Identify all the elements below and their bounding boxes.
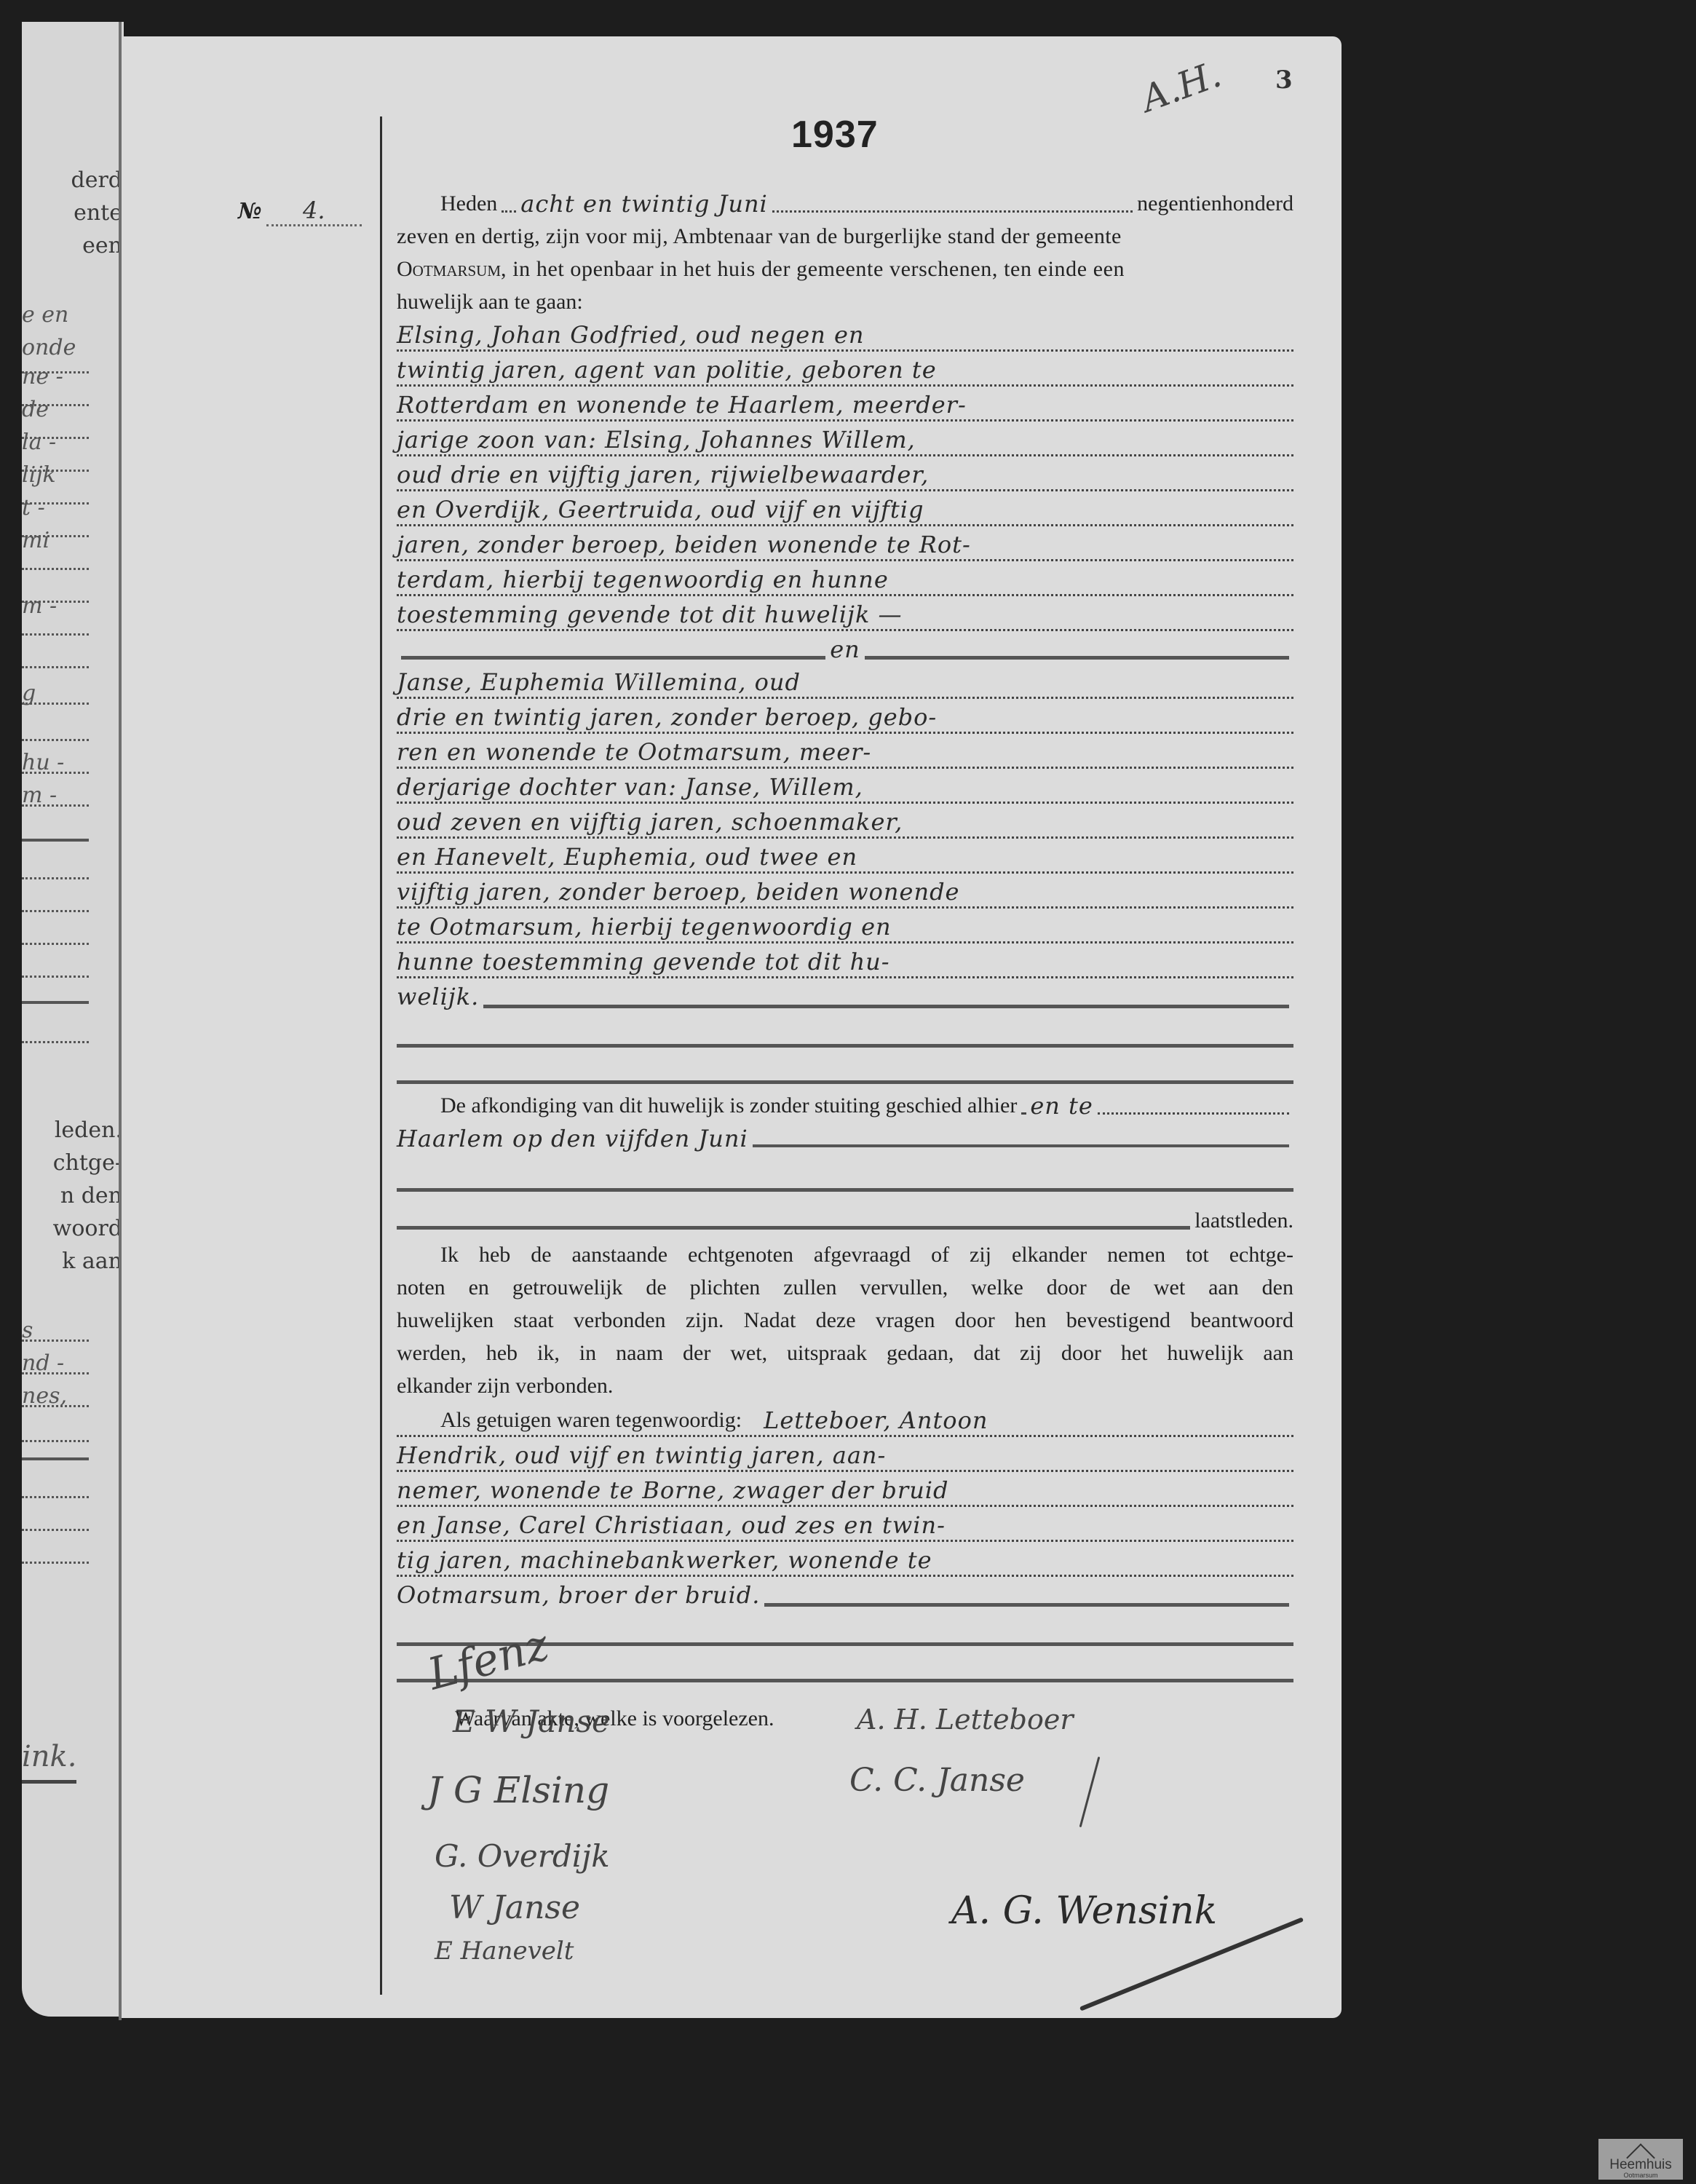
groom-line: jarige zoon van: Elsing, Johannes Willem…: [397, 422, 1293, 456]
groom-text: oud drie en vijftig jaren, rijwielbewaar…: [397, 460, 929, 489]
intro-line-1: Heden acht en twintig Juni negentienhond…: [397, 186, 1293, 218]
bride-text: te Ootmarsum, hierbij tegenwoordig en: [397, 912, 892, 941]
signature-bride: E W Janse: [453, 1704, 610, 1739]
groom-line: terdam, hierbij tegenwoordig en hunne: [397, 561, 1293, 596]
witness-text: Hendrik, oud vijf en twintig jaren, aan-: [397, 1441, 886, 1470]
intro-line-2: zeven en dertig, zijn voor mij, Ambtenaa…: [397, 218, 1293, 251]
conjunction-line: en: [397, 631, 1293, 664]
left-fragment: woord: [53, 1216, 122, 1241]
groom-line: jaren, zonder beroep, beiden wonende te …: [397, 526, 1293, 561]
declaration-paragraph: Ik heb de aanstaande echtgenoten afgevra…: [397, 1238, 1293, 1402]
left-dotted-line: [22, 910, 89, 912]
conjunction-en: en: [830, 635, 860, 664]
intro-line-4: huwelijk aan te gaan:: [397, 284, 1293, 317]
proclamation-written: Haarlem op den vijfden Juni: [397, 1124, 748, 1153]
left-script-fragment: la -: [22, 430, 56, 455]
act-number: № 4.: [238, 197, 362, 226]
blank-filled-line: [397, 1153, 1293, 1192]
left-fragment: derd: [71, 167, 122, 193]
bride-line: en Hanevelt, Euphemia, oud twee en: [397, 839, 1293, 874]
dotted-fill: [502, 210, 516, 213]
act-number-label: №: [238, 199, 262, 224]
left-fragment: een: [82, 233, 122, 258]
witness-line: nemer, wonende te Borne, zwager der brui…: [397, 1472, 1293, 1507]
left-fragment: leden.: [55, 1117, 122, 1143]
witness-line: Ootmarsum, broer der bruid.: [397, 1577, 1293, 1610]
declaration-line: Ik heb de aanstaande echtgenoten afgevra…: [397, 1238, 1293, 1271]
proclamation-text: De afkondiging van dit huwelijk is zonde…: [440, 1091, 1017, 1120]
bride-text: hunne toestemming gevende tot dit hu-: [397, 947, 890, 976]
left-fragment: ente: [74, 200, 122, 226]
left-script-fragment: hu -: [22, 750, 64, 775]
register-year: 1937: [791, 113, 879, 157]
witness-line: Hendrik, oud vijf en twintig jaren, aan-: [397, 1437, 1293, 1472]
bride-text: welijk.: [397, 982, 479, 1011]
left-dotted-line: [22, 877, 89, 879]
left-solid-line: [22, 839, 89, 842]
signature-flourish: [1079, 1757, 1101, 1827]
left-page-sliver: derd ente een e en onde ne - de la - lij…: [22, 22, 124, 2017]
witness-text: Ootmarsum, broer der bruid.: [397, 1580, 760, 1610]
left-script-fragment: de: [22, 397, 49, 422]
declaration-line: elkander zijn verbonden.: [397, 1369, 1293, 1402]
declaration-line: werden, heb ik, in naam der wet, uitspra…: [397, 1337, 1293, 1369]
left-dotted-line: [22, 739, 89, 741]
intro-text: zeven en dertig, zijn voor mij, Ambtenaa…: [397, 222, 1122, 251]
groom-line: oud drie en vijftig jaren, rijwielbewaar…: [397, 456, 1293, 491]
date-written: acht en twintig Juni: [520, 189, 767, 218]
after-date-text: negentienhonderd: [1137, 189, 1293, 218]
left-script-fragment: e en: [22, 302, 68, 328]
proclamation-written: en te: [1030, 1091, 1093, 1120]
proclamation-line-1: De afkondiging van dit huwelijk is zonde…: [397, 1084, 1293, 1120]
left-script-fragment: nd -: [22, 1350, 64, 1376]
bride-text: vijftig jaren, zonder beroep, beiden won…: [397, 877, 959, 906]
declaration-line: noten en getrouwelijk de plichten zullen…: [397, 1271, 1293, 1304]
register-page: 3 A.H. 1937 № 4. Heden acht en twintig J…: [122, 36, 1342, 2018]
bride-line: oud zeven en vijftig jaren, schoenmaker,: [397, 804, 1293, 839]
left-script-fragment: m -: [22, 593, 57, 619]
dotted-fill: [1021, 1112, 1026, 1115]
left-solid-line: [22, 1001, 89, 1004]
left-script-fragment: m -: [22, 783, 57, 808]
bride-line: te Ootmarsum, hierbij tegenwoordig en: [397, 909, 1293, 943]
groom-line: toestemming gevende tot dit huwelijk —: [397, 596, 1293, 631]
witness-line: en Janse, Carel Christiaan, oud zes en t…: [397, 1507, 1293, 1542]
dotted-fill: [772, 210, 1133, 213]
bride-text: Janse, Euphemia Willemina, oud: [397, 668, 801, 697]
left-dotted-line: [22, 1562, 89, 1564]
left-signature-stroke: [22, 1780, 76, 1784]
intro-text: , in het openbaar in het huis der gemeen…: [501, 255, 1125, 284]
blank-filled-line: [397, 1048, 1293, 1084]
left-script-fragment: onde: [22, 335, 76, 360]
watermark-subtitle: Ootmarsum: [1623, 2172, 1657, 2179]
groom-text: Rotterdam en wonende te Haarlem, meerder…: [397, 390, 967, 419]
witness-text: tig jaren, machinebankwerker, wonende te: [397, 1546, 932, 1575]
bride-line: drie en twintig jaren, zonder beroep, ge…: [397, 699, 1293, 734]
groom-text: twintig jaren, agent van politie, gebore…: [397, 355, 937, 384]
groom-line: twintig jaren, agent van politie, gebore…: [397, 352, 1293, 387]
left-fragment: n den: [60, 1183, 122, 1208]
bride-line: Janse, Euphemia Willemina, oud: [397, 664, 1293, 699]
bride-line: ren en wonende te Ootmarsum, meer-: [397, 734, 1293, 769]
left-solid-line: [22, 1457, 89, 1460]
dotted-fill: [1098, 1112, 1289, 1115]
left-dotted-line: [22, 976, 89, 978]
bride-line: derjarige dochter van: Janse, Willem,: [397, 769, 1293, 804]
bride-text: ren en wonende te Ootmarsum, meer-: [397, 737, 871, 767]
proclamation-line-4: laatstleden.: [397, 1192, 1293, 1235]
signature-groom-mother: G. Overdijk: [435, 1838, 610, 1874]
left-dotted-line: [22, 943, 89, 945]
proclamation-line-2: Haarlem op den vijfden Juni: [397, 1120, 1293, 1153]
bride-text: drie en twintig jaren, zonder beroep, ge…: [397, 703, 937, 732]
closing-stroke: [753, 1144, 1289, 1147]
left-dotted-line: [22, 1496, 89, 1498]
witness-text: Letteboer, Antoon: [764, 1406, 988, 1435]
municipality-name: Ootmarsum: [397, 255, 501, 284]
left-dotted-line: [22, 1041, 89, 1043]
signature-registrar: A. G. Wensink: [951, 1889, 1217, 1933]
left-script-fragment: g: [22, 681, 36, 706]
blank-filled-line: [397, 1011, 1293, 1048]
closing-stroke: [483, 1005, 1289, 1008]
signature-bride-father: W Janse: [449, 1889, 580, 1926]
act-number-value: 4.: [266, 197, 362, 226]
groom-text: en Overdijk, Geertruida, oud vijf en vij…: [397, 495, 924, 524]
margin-rule: [380, 116, 382, 1995]
left-script-fragment: ink.: [22, 1740, 77, 1773]
left-script-fragment: nes,: [22, 1383, 67, 1409]
official-initials: A.H.: [1136, 53, 1227, 121]
groom-text: jarige zoon van: Elsing, Johannes Willem…: [397, 425, 916, 454]
left-script-fragment: ne -: [22, 364, 63, 389]
left-fragment: k aan: [62, 1249, 122, 1274]
page-number: 3: [1275, 66, 1293, 95]
archive-watermark: Heemhuis Ootmarsum: [1598, 2139, 1683, 2180]
signature-witness-janse: C. C. Janse: [849, 1762, 1025, 1799]
groom-line: en Overdijk, Geertruida, oud vijf en vij…: [397, 491, 1293, 526]
closing-stroke: [397, 1226, 1190, 1230]
witness-text: nemer, wonende te Borne, zwager der brui…: [397, 1476, 949, 1505]
bride-text: oud zeven en vijftig jaren, schoenmaker,: [397, 807, 903, 836]
signature-groom: J G Elsing: [427, 1769, 609, 1811]
laatstleden-label: laatstleden.: [1194, 1206, 1293, 1235]
left-script-fragment: s: [22, 1318, 33, 1343]
groom-line: Elsing, Johan Godfried, oud negen en: [397, 317, 1293, 352]
bride-line: vijftig jaren, zonder beroep, beiden won…: [397, 874, 1293, 909]
groom-text: Elsing, Johan Godfried, oud negen en: [397, 320, 865, 349]
left-script-fragment: lijk: [22, 462, 56, 488]
witness-line: tig jaren, machinebankwerker, wonende te: [397, 1542, 1293, 1577]
bride-line: welijk.: [397, 978, 1293, 1011]
left-dotted-line: [22, 1440, 89, 1442]
groom-text: jaren, zonder beroep, beiden wonende te …: [397, 530, 971, 559]
groom-line: Rotterdam en wonende te Haarlem, meerder…: [397, 387, 1293, 422]
signature-bride-mother: E Hanevelt: [435, 1936, 574, 1966]
left-dotted-line: [22, 1529, 89, 1531]
intro-text: huwelijk aan te gaan:: [397, 288, 583, 317]
groom-text: toestemming gevende tot dit huwelijk —: [397, 600, 903, 629]
bride-text: en Hanevelt, Euphemia, oud twee en: [397, 842, 857, 871]
left-script-fragment: mi: [22, 528, 49, 553]
certificate-body: Heden acht en twintig Juni negentienhond…: [397, 186, 1293, 1733]
witness-text: en Janse, Carel Christiaan, oud zes en t…: [397, 1511, 946, 1540]
bride-text: derjarige dochter van: Janse, Willem,: [397, 772, 863, 802]
separator-stroke: [401, 656, 825, 660]
left-dotted-line: [22, 666, 89, 668]
declaration-line: huwelijken staat verbonden zijn. Nadat d…: [397, 1304, 1293, 1337]
witnesses-label: Als getuigen waren tegenwoordig:: [440, 1406, 742, 1435]
left-dotted-line: [22, 568, 89, 570]
groom-text: terdam, hierbij tegenwoordig en hunne: [397, 565, 889, 594]
left-dotted-line: [22, 633, 89, 636]
left-script-fragment: t -: [22, 495, 45, 521]
closing-stroke: [764, 1603, 1289, 1607]
witness-line-1: Als getuigen waren tegenwoordig: Lettebo…: [397, 1402, 1293, 1437]
intro-line-3: Ootmarsum , in het openbaar in het huis …: [397, 251, 1293, 284]
separator-stroke: [865, 656, 1289, 660]
left-fragment: chtge-: [53, 1150, 122, 1176]
bride-line: hunne toestemming gevende tot dit hu-: [397, 943, 1293, 978]
heden-label: Heden: [440, 189, 497, 218]
signature-witness-letteboer: A. H. Letteboer: [857, 1704, 1074, 1736]
